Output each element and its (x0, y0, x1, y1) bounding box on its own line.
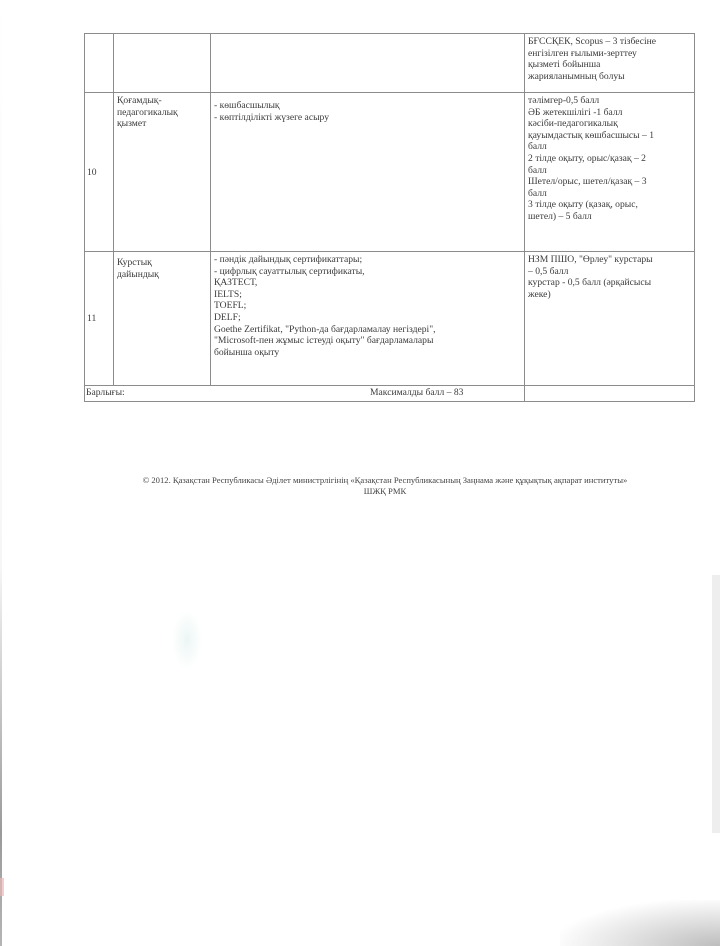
name-line: Курстық (117, 257, 207, 269)
name-line: дайындық (117, 269, 207, 281)
score-line: НЗМ ПШО, "Өрлеу" курстары (528, 254, 691, 266)
scan-corner-shadow (560, 900, 720, 946)
row-number: 11 (85, 252, 114, 386)
criteria-line: - цифрлық сауаттылық сертификаты, (214, 266, 521, 278)
row-scores: НЗМ ПШО, "Өрлеу" курстары – 0,5 балл кур… (525, 252, 695, 386)
name-line: Қоғамдық- (117, 95, 207, 107)
score-line: 3 тілде оқыту (қазақ, орыс, (528, 199, 691, 211)
score-line: шетел) – 5 балл (528, 211, 691, 223)
scan-stain (172, 610, 202, 670)
scan-right-strip (712, 575, 720, 833)
row-criteria: - көшбасшылық - көптілділікті жүзеге асы… (211, 93, 525, 252)
copyright-footer: © 2012. Қазақстан Республикасы Әділет ми… (60, 475, 710, 497)
criteria-line: "Microsoft-пен жұмыс істеуді оқыту" бағд… (214, 335, 521, 347)
criteria-line: бойынша оқыту (214, 347, 521, 359)
score-line: жарияланымның болуы (528, 71, 691, 83)
document-page: БҒССҚЕК, Scopus – 3 тізбесіне енгізілген… (0, 0, 720, 946)
row-name: Қоғамдық- педагогикалық қызмет (114, 93, 211, 252)
table-row: 10 Қоғамдық- педагогикалық қызмет - көшб… (85, 93, 695, 252)
score-line: жеке) (528, 289, 691, 301)
criteria-line: Goethe Zertifikat, "Python-да бағдарлама… (214, 324, 521, 336)
table-row: БҒССҚЕК, Scopus – 3 тізбесіне енгізілген… (85, 34, 695, 93)
row-name: Курстық дайындық (114, 252, 211, 386)
criteria-line: - көптілділікті жүзеге асыру (214, 112, 521, 124)
scan-left-edge (0, 0, 2, 946)
criteria-line: IELTS; (214, 289, 521, 301)
score-line: кәсіби-педагогикалық (528, 118, 691, 130)
score-line: қызметі бойынша (528, 59, 691, 71)
score-line: Шетел/орыс, шетел/қазақ – 3 (528, 176, 691, 188)
score-line: балл (528, 141, 691, 153)
score-line: тәлімгер-0,5 балл (528, 95, 691, 107)
row-name (114, 34, 211, 93)
score-line: – 0,5 балл (528, 266, 691, 278)
total-value-text: Максималды балл – 83 (370, 387, 463, 399)
criteria-line: ҚАЗТЕСТ, (214, 277, 521, 289)
total-label-text: Барлығы: (86, 387, 125, 398)
criteria-line: DELF; (214, 312, 521, 324)
row-criteria: - пәндік дайындық сертификаттары; - цифр… (211, 252, 525, 386)
score-line: курстар - 0,5 балл (әрқайсысы (528, 277, 691, 289)
score-line: қауымдастық көшбасшысы – 1 (528, 130, 691, 142)
name-line: педагогикалық (117, 107, 207, 119)
footer-line-1: © 2012. Қазақстан Республикасы Әділет ми… (60, 475, 710, 486)
score-line: балл (528, 165, 691, 177)
score-line: 2 тілде оқыту, орыс/қазақ – 2 (528, 153, 691, 165)
scan-mark (0, 878, 4, 896)
total-empty-cell (525, 386, 695, 402)
footer-line-2: ШЖҚ РМК (60, 486, 710, 497)
criteria-line: TOEFL; (214, 300, 521, 312)
name-line: қызмет (117, 118, 207, 130)
score-line: ӘБ жетекшілігі -1 балл (528, 107, 691, 119)
score-line: енгізілген ғылыми-зерттеу (528, 48, 691, 60)
score-line: балл (528, 188, 691, 200)
criteria-table: БҒССҚЕК, Scopus – 3 тізбесіне енгізілген… (84, 33, 695, 402)
row-number (85, 34, 114, 93)
row-number: 10 (85, 93, 114, 252)
total-label: Барлығы: Максималды балл – 83 (85, 386, 525, 402)
row-criteria (211, 34, 525, 93)
row-scores: БҒССҚЕК, Scopus – 3 тізбесіне енгізілген… (525, 34, 695, 93)
total-row: Барлығы: Максималды балл – 83 (85, 386, 695, 402)
criteria-line: - көшбасшылық (214, 100, 521, 112)
criteria-line: - пәндік дайындық сертификаттары; (214, 254, 521, 266)
row-scores: тәлімгер-0,5 балл ӘБ жетекшілігі -1 балл… (525, 93, 695, 252)
score-line: БҒССҚЕК, Scopus – 3 тізбесіне (528, 36, 691, 48)
table-row: 11 Курстық дайындық - пәндік дайындық се… (85, 252, 695, 386)
